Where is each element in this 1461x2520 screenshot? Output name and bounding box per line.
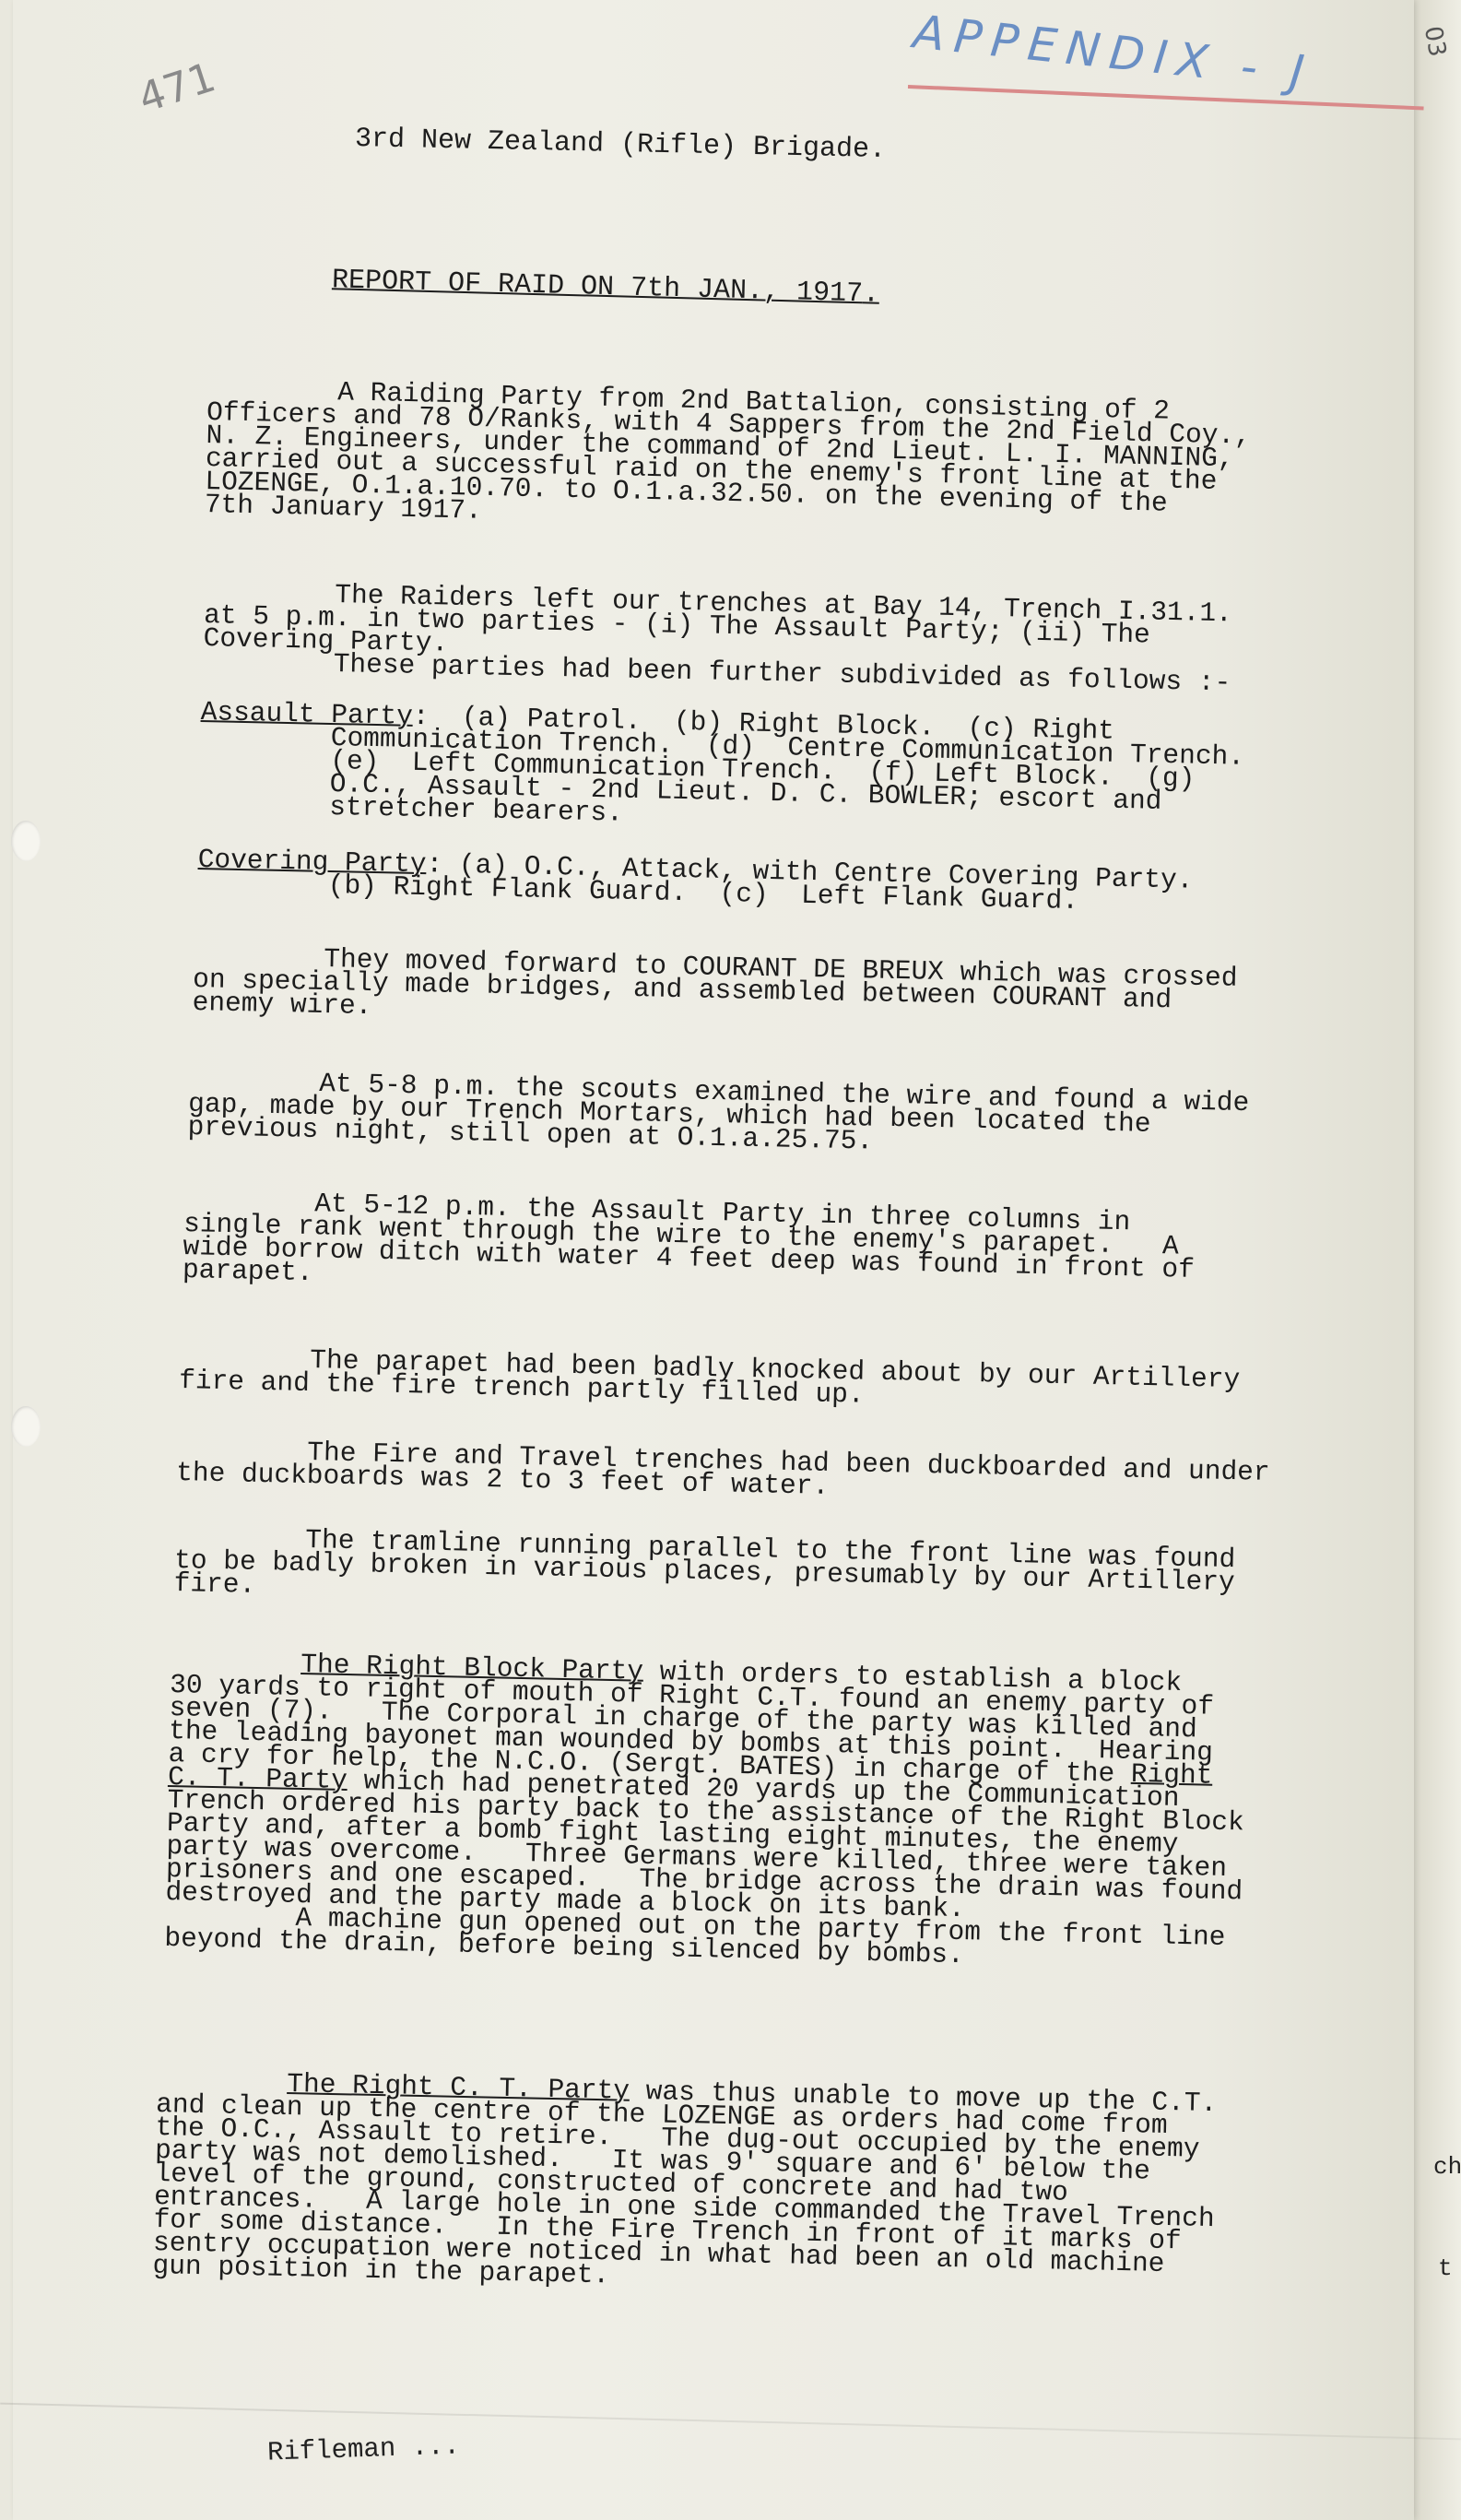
underlined-label: The Right C. T. Party	[287, 2068, 630, 2107]
underlined-label: Covering Party	[197, 844, 427, 880]
punch-hole	[11, 821, 41, 861]
paragraph-raid-summary: A Raiding Party from 2nd Battalion, cons…	[205, 378, 1252, 540]
corner-mark: 03	[1419, 24, 1451, 59]
underlying-page-edge	[1406, 0, 1461, 2520]
underlined-label: C. T. Party	[168, 1761, 348, 1796]
underlined-label: The Right Block Party	[300, 1649, 643, 1687]
paragraph-right-ct-party: The Right C. T. Party was thus unable to…	[152, 2070, 1217, 2300]
paragraph-raiders-left: The Raiders left our trenches at Bay 14,…	[203, 581, 1232, 694]
underlined-label: Assault Party	[200, 696, 413, 732]
punch-hole	[11, 1406, 41, 1447]
underlying-page-text: ch	[1433, 2153, 1461, 2181]
paragraph-right-block-party: The Right Block Party with orders to est…	[164, 1650, 1247, 1972]
assault-party-list: Assault Party: (a) Patrol. (b) Right Blo…	[198, 701, 1244, 838]
underlined-label: Right	[1131, 1758, 1213, 1792]
underlying-page-text: t	[1438, 2254, 1453, 2282]
